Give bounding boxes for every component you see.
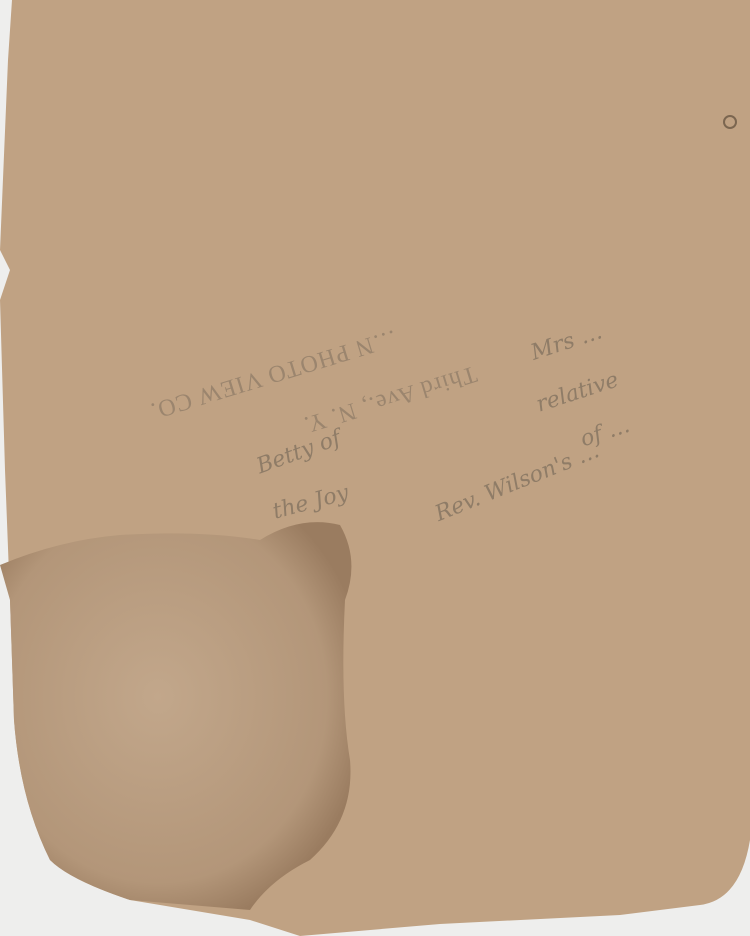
- photo-mount-back: …N PHOTO VIEW CO. Third Ave., N. Y. Bett…: [0, 0, 750, 936]
- cardboard-shape: [0, 0, 750, 936]
